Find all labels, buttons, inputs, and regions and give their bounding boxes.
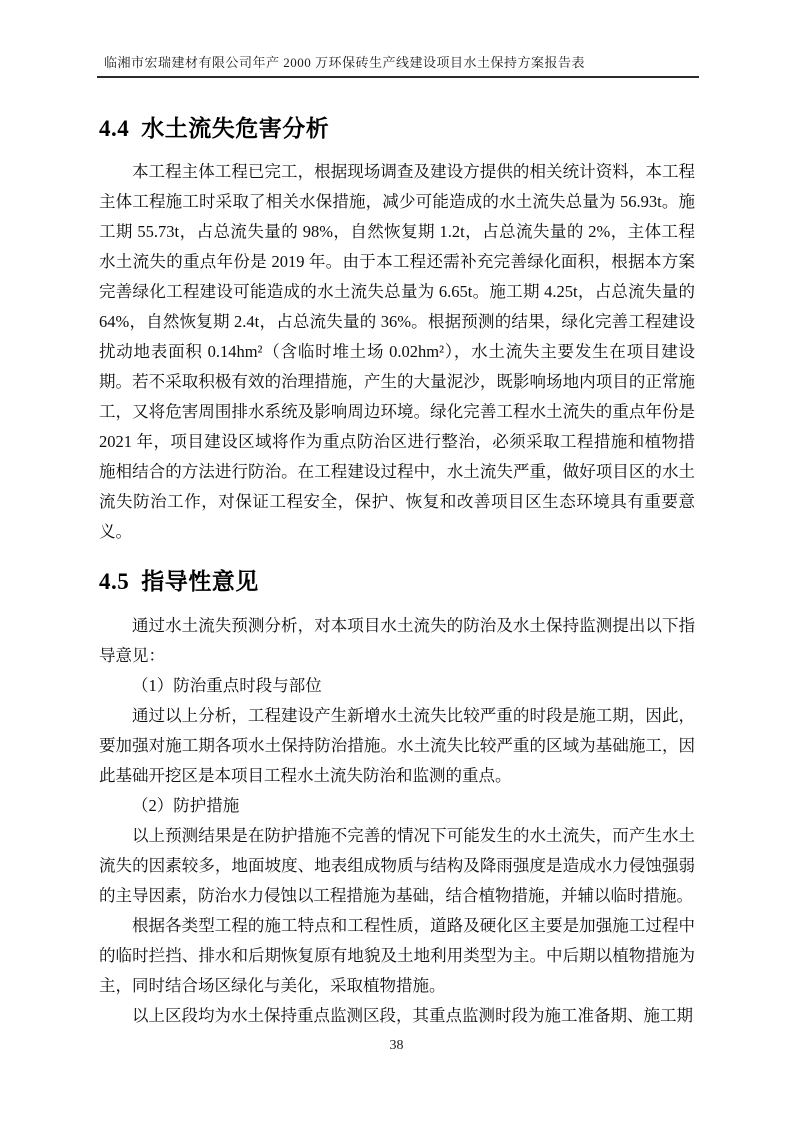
section-title: 水土流失危害分析 xyxy=(141,116,329,141)
section-heading-4-4: 4.4水土流失危害分析 xyxy=(99,110,695,143)
section-number: 4.5 xyxy=(99,569,129,594)
paragraph-construction-types: 根据各类型工程的施工特点和工程性质，道路及硬化区主要是加强施工过程中的临时拦挡、… xyxy=(99,911,695,1001)
subheading-item-1: （1）防治重点时段与部位 xyxy=(99,671,695,701)
document-page: 临湘市宏瑞建材有限公司年产 2000 万环保砖生产线建设项目水土保持方案报告表 … xyxy=(0,0,793,1122)
section-heading-4-5: 4.5指导性意见 xyxy=(99,563,695,596)
paragraph-guidance-intro: 通过水土流失预测分析，对本项目水土流失的防治及水土保持监测提出以下指导意见： xyxy=(99,611,695,671)
paragraph-hazard-analysis: 本工程主体工程已完工，根据现场调查及建设方提供的相关统计资料，本工程主体工程施工… xyxy=(99,157,695,547)
section-number: 4.4 xyxy=(99,116,129,141)
header-title: 临湘市宏瑞建材有限公司年产 2000 万环保砖生产线建设项目水土保持方案报告表 xyxy=(97,52,699,71)
paragraph-monitoring-zones: 以上区段均为水土保持重点监测区段，其重点监测时段为施工准备期、施工期 xyxy=(99,1001,695,1031)
document-body: 4.4水土流失危害分析 本工程主体工程已完工，根据现场调查及建设方提供的相关统计… xyxy=(99,98,695,1031)
section-title: 指导性意见 xyxy=(141,569,259,594)
subheading-item-2: （2）防护措施 xyxy=(99,791,695,821)
page-header: 临湘市宏瑞建材有限公司年产 2000 万环保砖生产线建设项目水土保持方案报告表 xyxy=(97,52,699,78)
paragraph-key-periods: 通过以上分析，工程建设产生新增水土流失比较严重的时段是施工期，因此，要加强对施工… xyxy=(99,701,695,791)
paragraph-protection-measures: 以上预测结果是在防护措施不完善的情况下可能发生的水土流失，而产生水土流失的因素较… xyxy=(99,821,695,911)
page-number: 38 xyxy=(390,1038,404,1053)
page-footer: 38 xyxy=(0,1036,793,1054)
